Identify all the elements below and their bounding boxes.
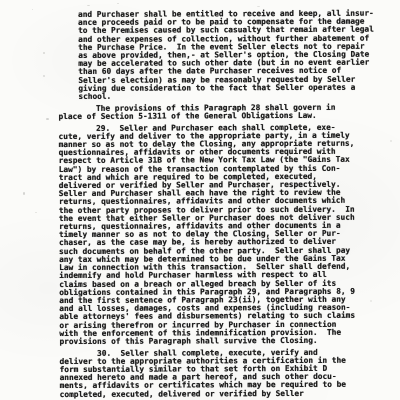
scan-speck: [390, 140, 392, 142]
scan-speck: [43, 75, 45, 77]
scan-speck: [43, 52, 45, 54]
paragraph-30: 30. Seller shall complete, execute, veri…: [59, 348, 375, 399]
paragraph-28-provisions: The provisions of this Paragraph 28 shal…: [58, 103, 374, 121]
scan-speck: [23, 192, 25, 195]
scan-speck: [87, 5, 90, 6]
paragraph-29: 29. Seller and Purchaser each shall comp…: [58, 123, 375, 346]
paragraph-28-continuation: and Purchaser shall be entitled to recei…: [78, 10, 374, 102]
page-text: and Purchaser shall be entitled to recei…: [58, 10, 375, 400]
scan-speck: [35, 212, 37, 213]
scan-speck: [257, 6, 260, 7]
scanned-contract-page: and Purchaser shall be entitled to recei…: [0, 0, 400, 400]
scan-speck: [32, 9, 33, 10]
scan-speck: [117, 3, 119, 4]
scan-speck: [46, 118, 49, 120]
